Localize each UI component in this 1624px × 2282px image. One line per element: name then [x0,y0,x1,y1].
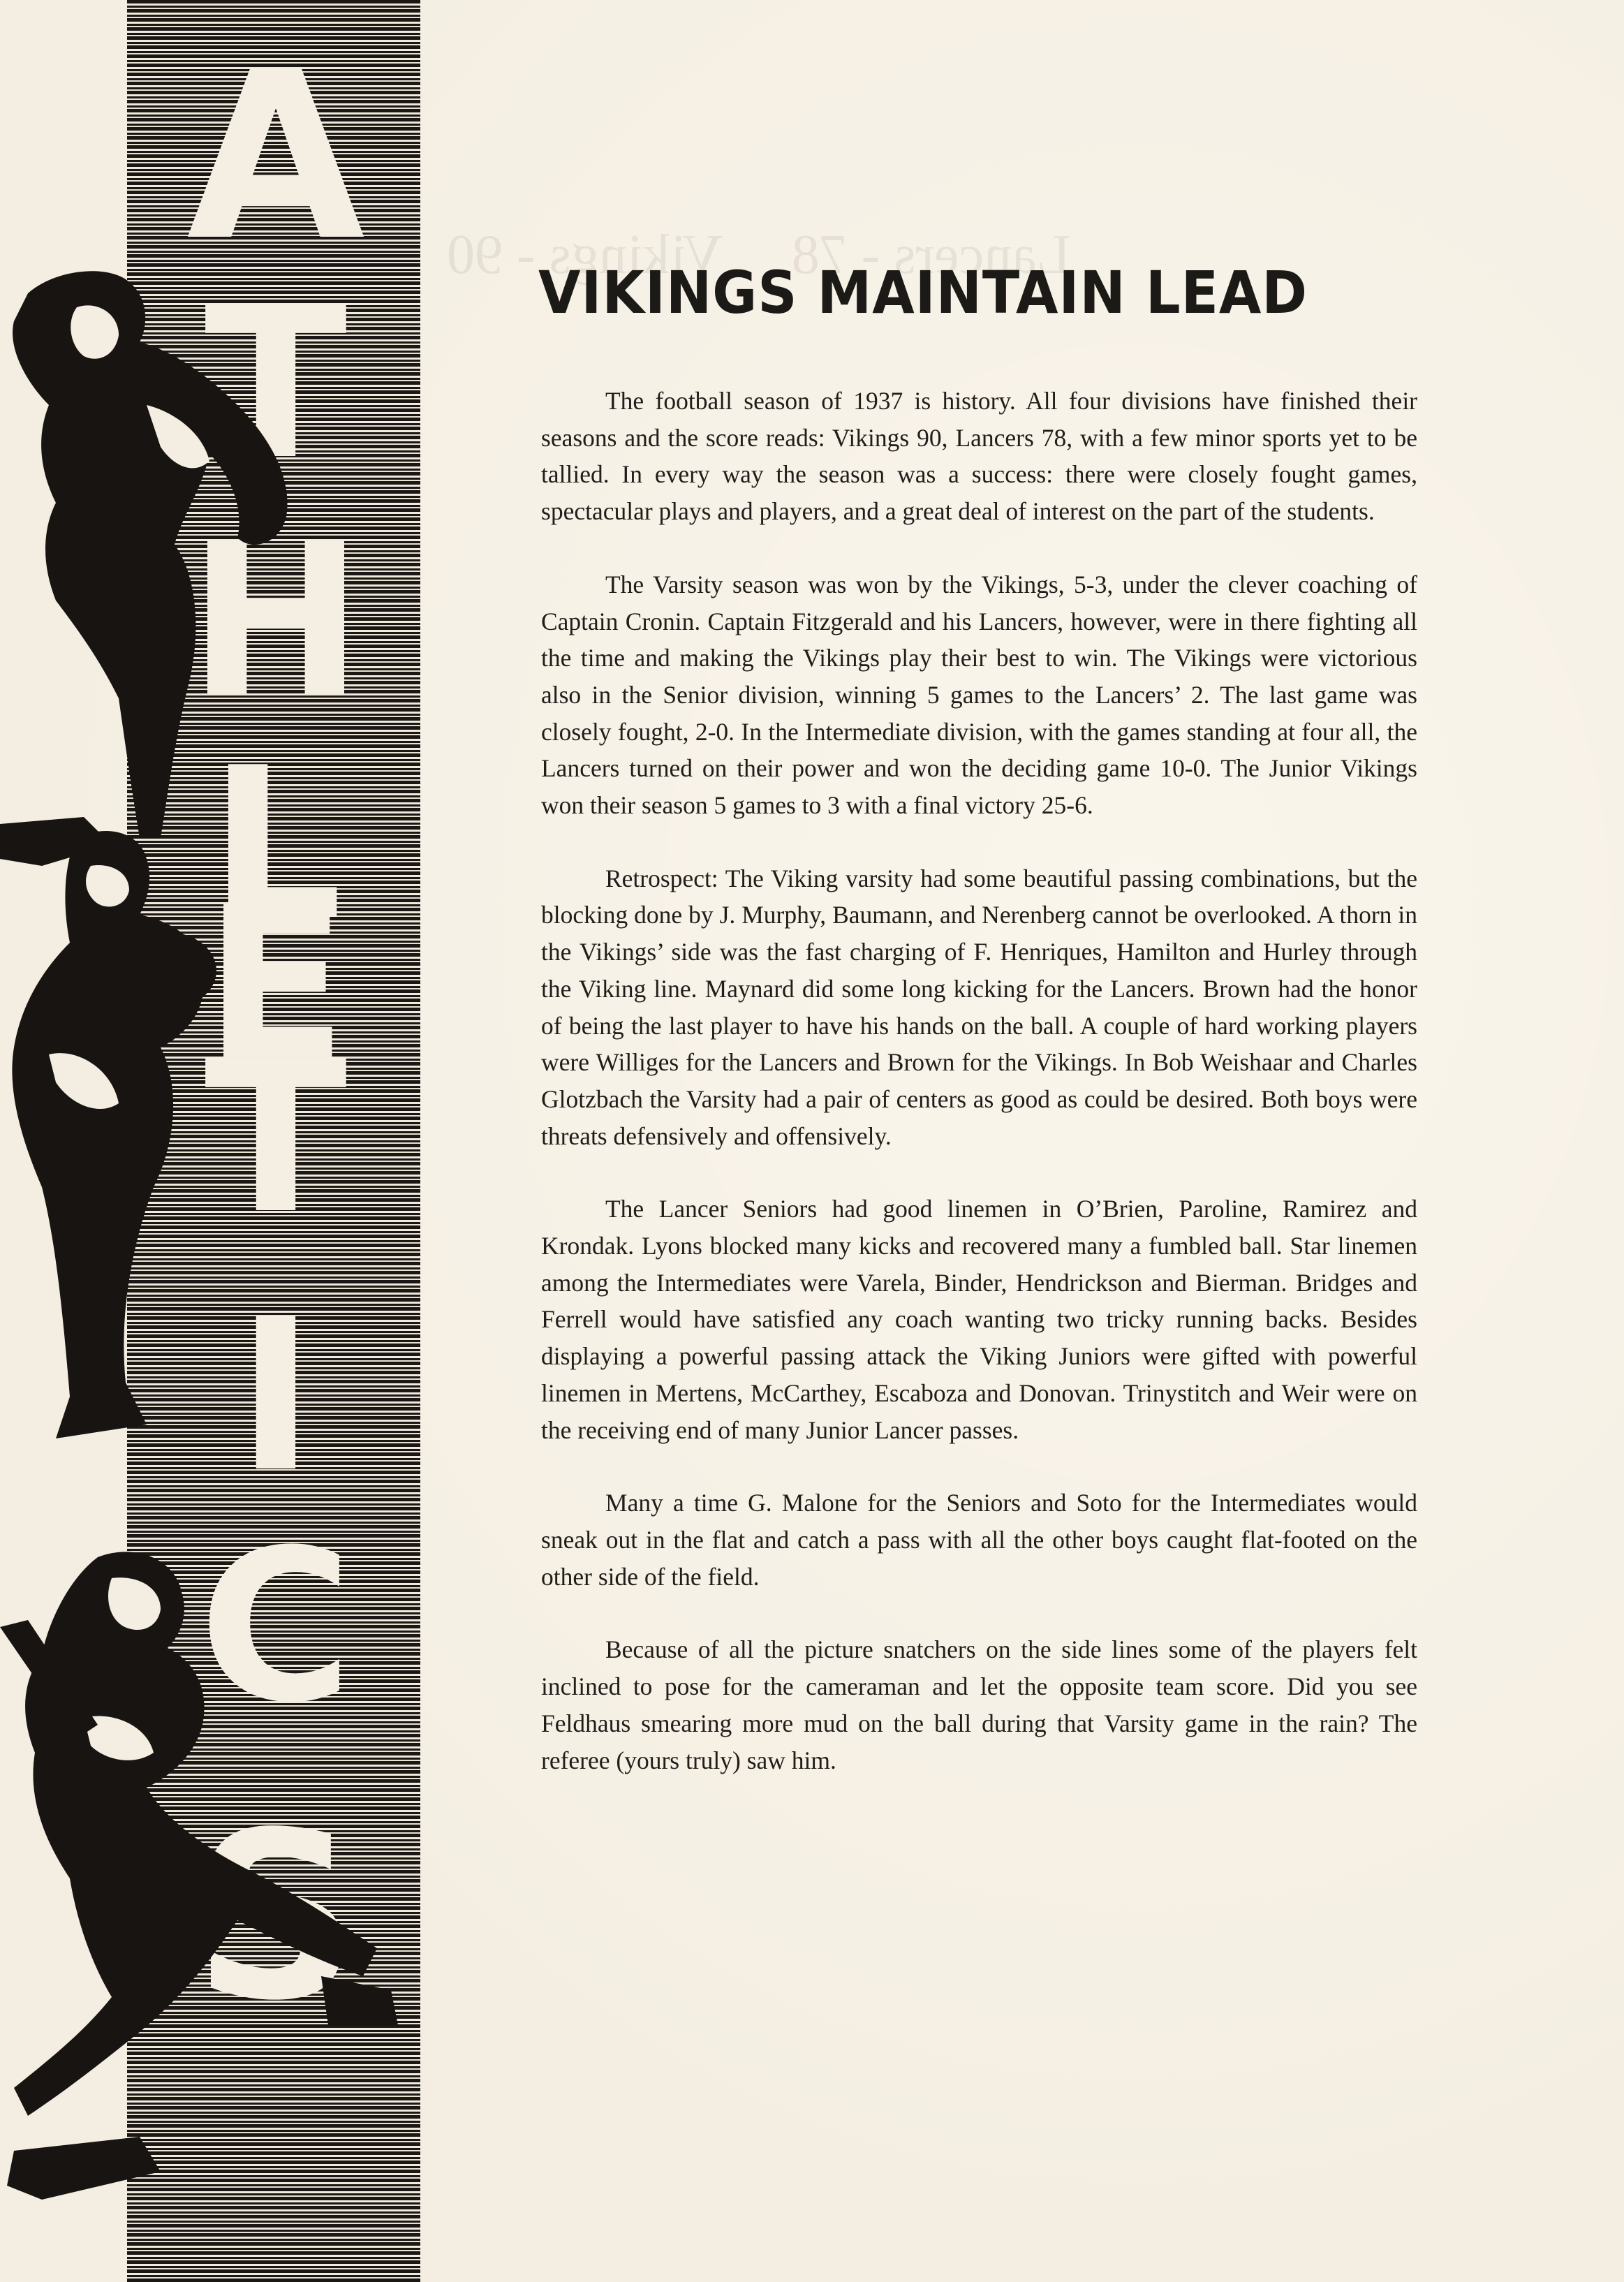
article-paragraph-season-summary: The football season of 1937 is history. … [541,383,1417,530]
athletics-woodcut-illustration: A T H L E T I C S [0,0,433,2282]
article: VIKINGS MAINTAIN LEAD The football seaso… [541,258,1417,1815]
article-paragraph-retrospect: Retrospect: The Viking varsity had some … [541,860,1417,1155]
article-paragraph-malone-soto: Many a time G. Malone for the Seniors an… [541,1485,1417,1595]
article-paragraph-picture-snatchers: Because of all the picture snatchers on … [541,1631,1417,1779]
article-paragraph-lancer-seniors: The Lancer Seniors had good linemen in O… [541,1191,1417,1448]
baseball-batter-figure [0,1543,405,2241]
yearbook-page: Lancers - 78 Vikings - 90 A T H L E T I … [0,0,1624,2282]
football-player-figure [0,824,251,1494]
woodcut-letter-a: A [150,42,401,272]
basketball-player-figure [0,265,335,894]
article-paragraph-varsity-season: The Varsity season was won by the Viking… [541,566,1417,824]
article-headline: VIKINGS MAINTAIN LEAD [538,258,1356,327]
